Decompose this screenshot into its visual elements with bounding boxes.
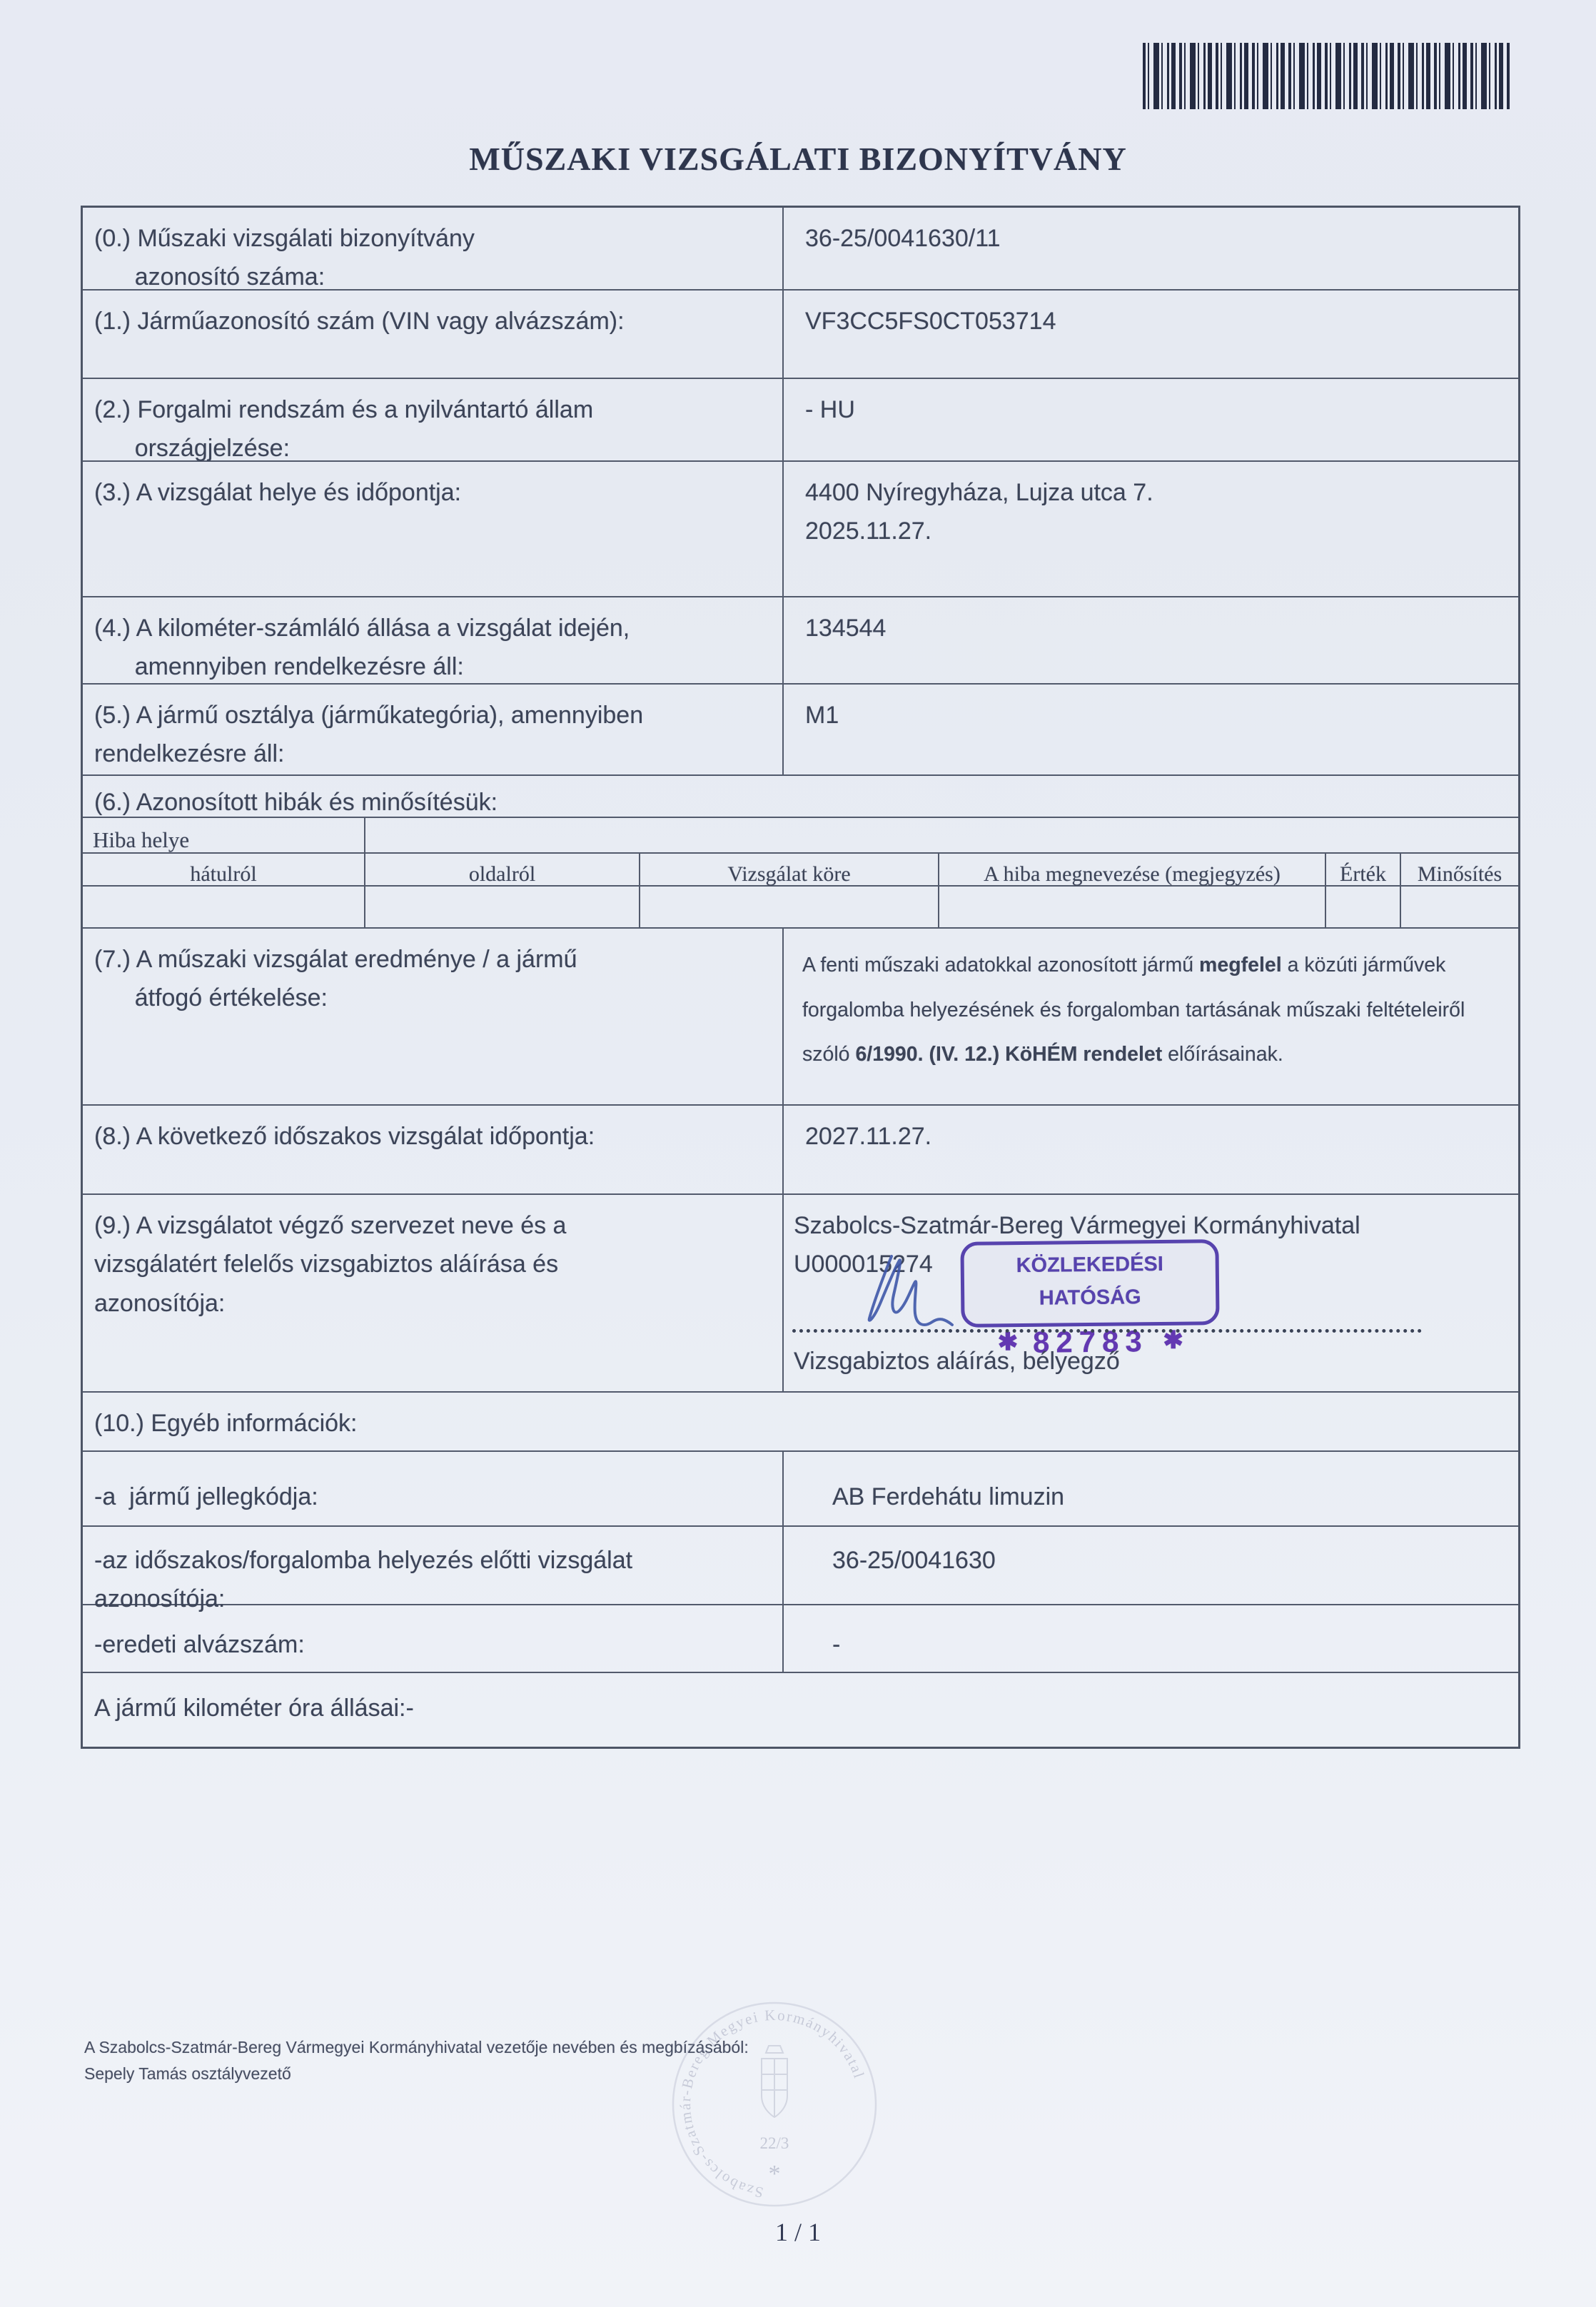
- vin-label: (1.) Járműazonosító szám (VIN vagy alváz…: [83, 291, 784, 378]
- page-number: 1 / 1: [0, 2217, 1596, 2247]
- vin-value: VF3CC5FS0CT053714: [784, 291, 1518, 378]
- inspector-label: (9.) A vizsgálatot végző szervezet neve …: [83, 1195, 784, 1391]
- row-defects-heading: (6.) Azonosított hibák és minősítésük:: [83, 774, 1518, 817]
- prev-inspection-id-value: 36-25/0041630: [784, 1527, 1518, 1604]
- plate-label: (2.) Forgalmi rendszám és a nyilvántartó…: [83, 379, 784, 460]
- inspection-org-name: Szabolcs-Szatmár-Bereg Vármegyei Kormány…: [794, 1206, 1360, 1245]
- row-plate: (2.) Forgalmi rendszám és a nyilvántartó…: [83, 378, 1518, 460]
- defect-header-row: hátulról oldalról Vizsgálat köre A hiba …: [83, 852, 1518, 885]
- defect-empty-cell: [939, 887, 1326, 927]
- original-chassis-value: -: [784, 1605, 1518, 1672]
- row-original-chassis: -eredeti alvázszám: -: [83, 1604, 1518, 1672]
- row-vin: (1.) Járműazonosító szám (VIN vagy alváz…: [83, 289, 1518, 378]
- row-prev-inspection-id: -az időszakos/forgalomba helyezés előtti…: [83, 1525, 1518, 1604]
- next-inspection-label: (8.) A következő időszakos vizsgálat idő…: [83, 1106, 784, 1193]
- defect-col-rating: Minősítés: [1401, 854, 1518, 885]
- row-inspector: (9.) A vizsgálatot végző szervezet neve …: [83, 1193, 1518, 1391]
- row-km-readings: A jármű kilométer óra állásai:-: [83, 1672, 1518, 1747]
- row-category: (5.) A jármű osztálya (járműkategória), …: [83, 683, 1518, 774]
- category-value: M1: [784, 685, 1518, 774]
- svg-text:*: *: [769, 2161, 781, 2187]
- km-readings-label: A jármű kilométer óra állásai:-: [83, 1673, 1518, 1747]
- category-label: (5.) A jármű osztálya (járműkategória), …: [83, 685, 784, 774]
- defect-col-scope: Vizsgálat köre: [640, 854, 939, 885]
- next-inspection-value: 2027.11.27.: [784, 1106, 1518, 1193]
- row-other-info-heading: (10.) Egyéb információk:: [83, 1391, 1518, 1450]
- defect-col-name: A hiba megnevezése (megjegyzés): [939, 854, 1326, 885]
- prev-inspection-id-label: -az időszakos/forgalomba helyezés előtti…: [83, 1527, 784, 1604]
- row-result: (7.) A műszaki vizsgálat eredménye / a j…: [83, 927, 1518, 1104]
- cert-id-value: 36-25/0041630/11: [784, 208, 1518, 289]
- signature-dotted-line: [792, 1329, 1422, 1333]
- defect-col-rear: hátulról: [83, 854, 365, 885]
- svg-text:22/3: 22/3: [760, 2134, 789, 2152]
- plate-value: - HU: [784, 379, 1518, 460]
- defect-empty-cell: [1401, 887, 1518, 927]
- scanned-certificate-page: MŰSZAKI VIZSGÁLATI BIZONYÍTVÁNY (0.) Műs…: [0, 0, 1596, 2307]
- defect-empty-row: [83, 885, 1518, 927]
- location-date-label: (3.) A vizsgálat helye és időpontja:: [83, 462, 784, 596]
- result-value: A fenti műszaki adatokkal azonosított já…: [784, 929, 1518, 1104]
- defect-empty-cell: [365, 887, 640, 927]
- cert-id-label: (0.) Műszaki vizsgálati bizonyítvány azo…: [83, 208, 784, 289]
- row-next-inspection: (8.) A következő időszakos vizsgálat idő…: [83, 1104, 1518, 1193]
- body-type-label: -a jármű jellegkódja:: [83, 1452, 784, 1525]
- defect-empty-cell: [640, 887, 939, 927]
- official-round-seal-icon: Szabolcs-Szatmár-Bereg Megyei Kormányhiv…: [645, 1990, 904, 2226]
- authority-stamp: KÖZLEKEDÉSI HATÓSÁG ✱ 82783 ✱: [960, 1239, 1219, 1328]
- defect-col-side: oldalról: [365, 854, 640, 885]
- odometer-value: 134544: [784, 597, 1518, 683]
- body-type-value: AB Ferdehátu limuzin: [784, 1452, 1518, 1525]
- row-odometer: (4.) A kilométer-számláló állása a vizsg…: [83, 596, 1518, 683]
- row-cert-id: (0.) Műszaki vizsgálati bizonyítvány azo…: [83, 208, 1518, 289]
- barcode-icon: [1143, 43, 1511, 109]
- defect-empty-cell: [83, 887, 365, 927]
- result-label: (7.) A műszaki vizsgálat eredménye / a j…: [83, 929, 784, 1104]
- inspector-signature-cell: Szabolcs-Szatmár-Bereg Vármegyei Kormány…: [784, 1195, 1518, 1391]
- defects-heading: (6.) Azonosított hibák és minősítésük:: [83, 776, 1518, 817]
- defect-col-value: Érték: [1326, 854, 1401, 885]
- defect-corner-label: Hiba helye: [83, 818, 365, 852]
- odometer-label: (4.) A kilométer-számláló állása a vizsg…: [83, 597, 784, 683]
- row-location-date: (3.) A vizsgálat helye és időpontja: 440…: [83, 460, 1518, 596]
- certificate-table: (0.) Műszaki vizsgálati bizonyítvány azo…: [81, 206, 1520, 1749]
- signature-caption: Vizsgabiztos aláírás, bélyegző: [794, 1342, 1120, 1380]
- defect-corner-row: Hiba helye: [83, 817, 1518, 852]
- other-info-heading: (10.) Egyéb információk:: [83, 1393, 1518, 1450]
- original-chassis-label: -eredeti alvázszám:: [83, 1605, 784, 1672]
- defect-corner-spacer: [365, 818, 1518, 852]
- defect-empty-cell: [1326, 887, 1401, 927]
- stamp-authority-text: KÖZLEKEDÉSI HATÓSÁG: [964, 1247, 1216, 1316]
- document-title: MŰSZAKI VIZSGÁLATI BIZONYÍTVÁNY: [0, 140, 1596, 178]
- location-date-value: 4400 Nyíregyháza, Lujza utca 7. 2025.11.…: [784, 462, 1518, 596]
- row-body-type: -a jármű jellegkódja: AB Ferdehátu limuz…: [83, 1450, 1518, 1525]
